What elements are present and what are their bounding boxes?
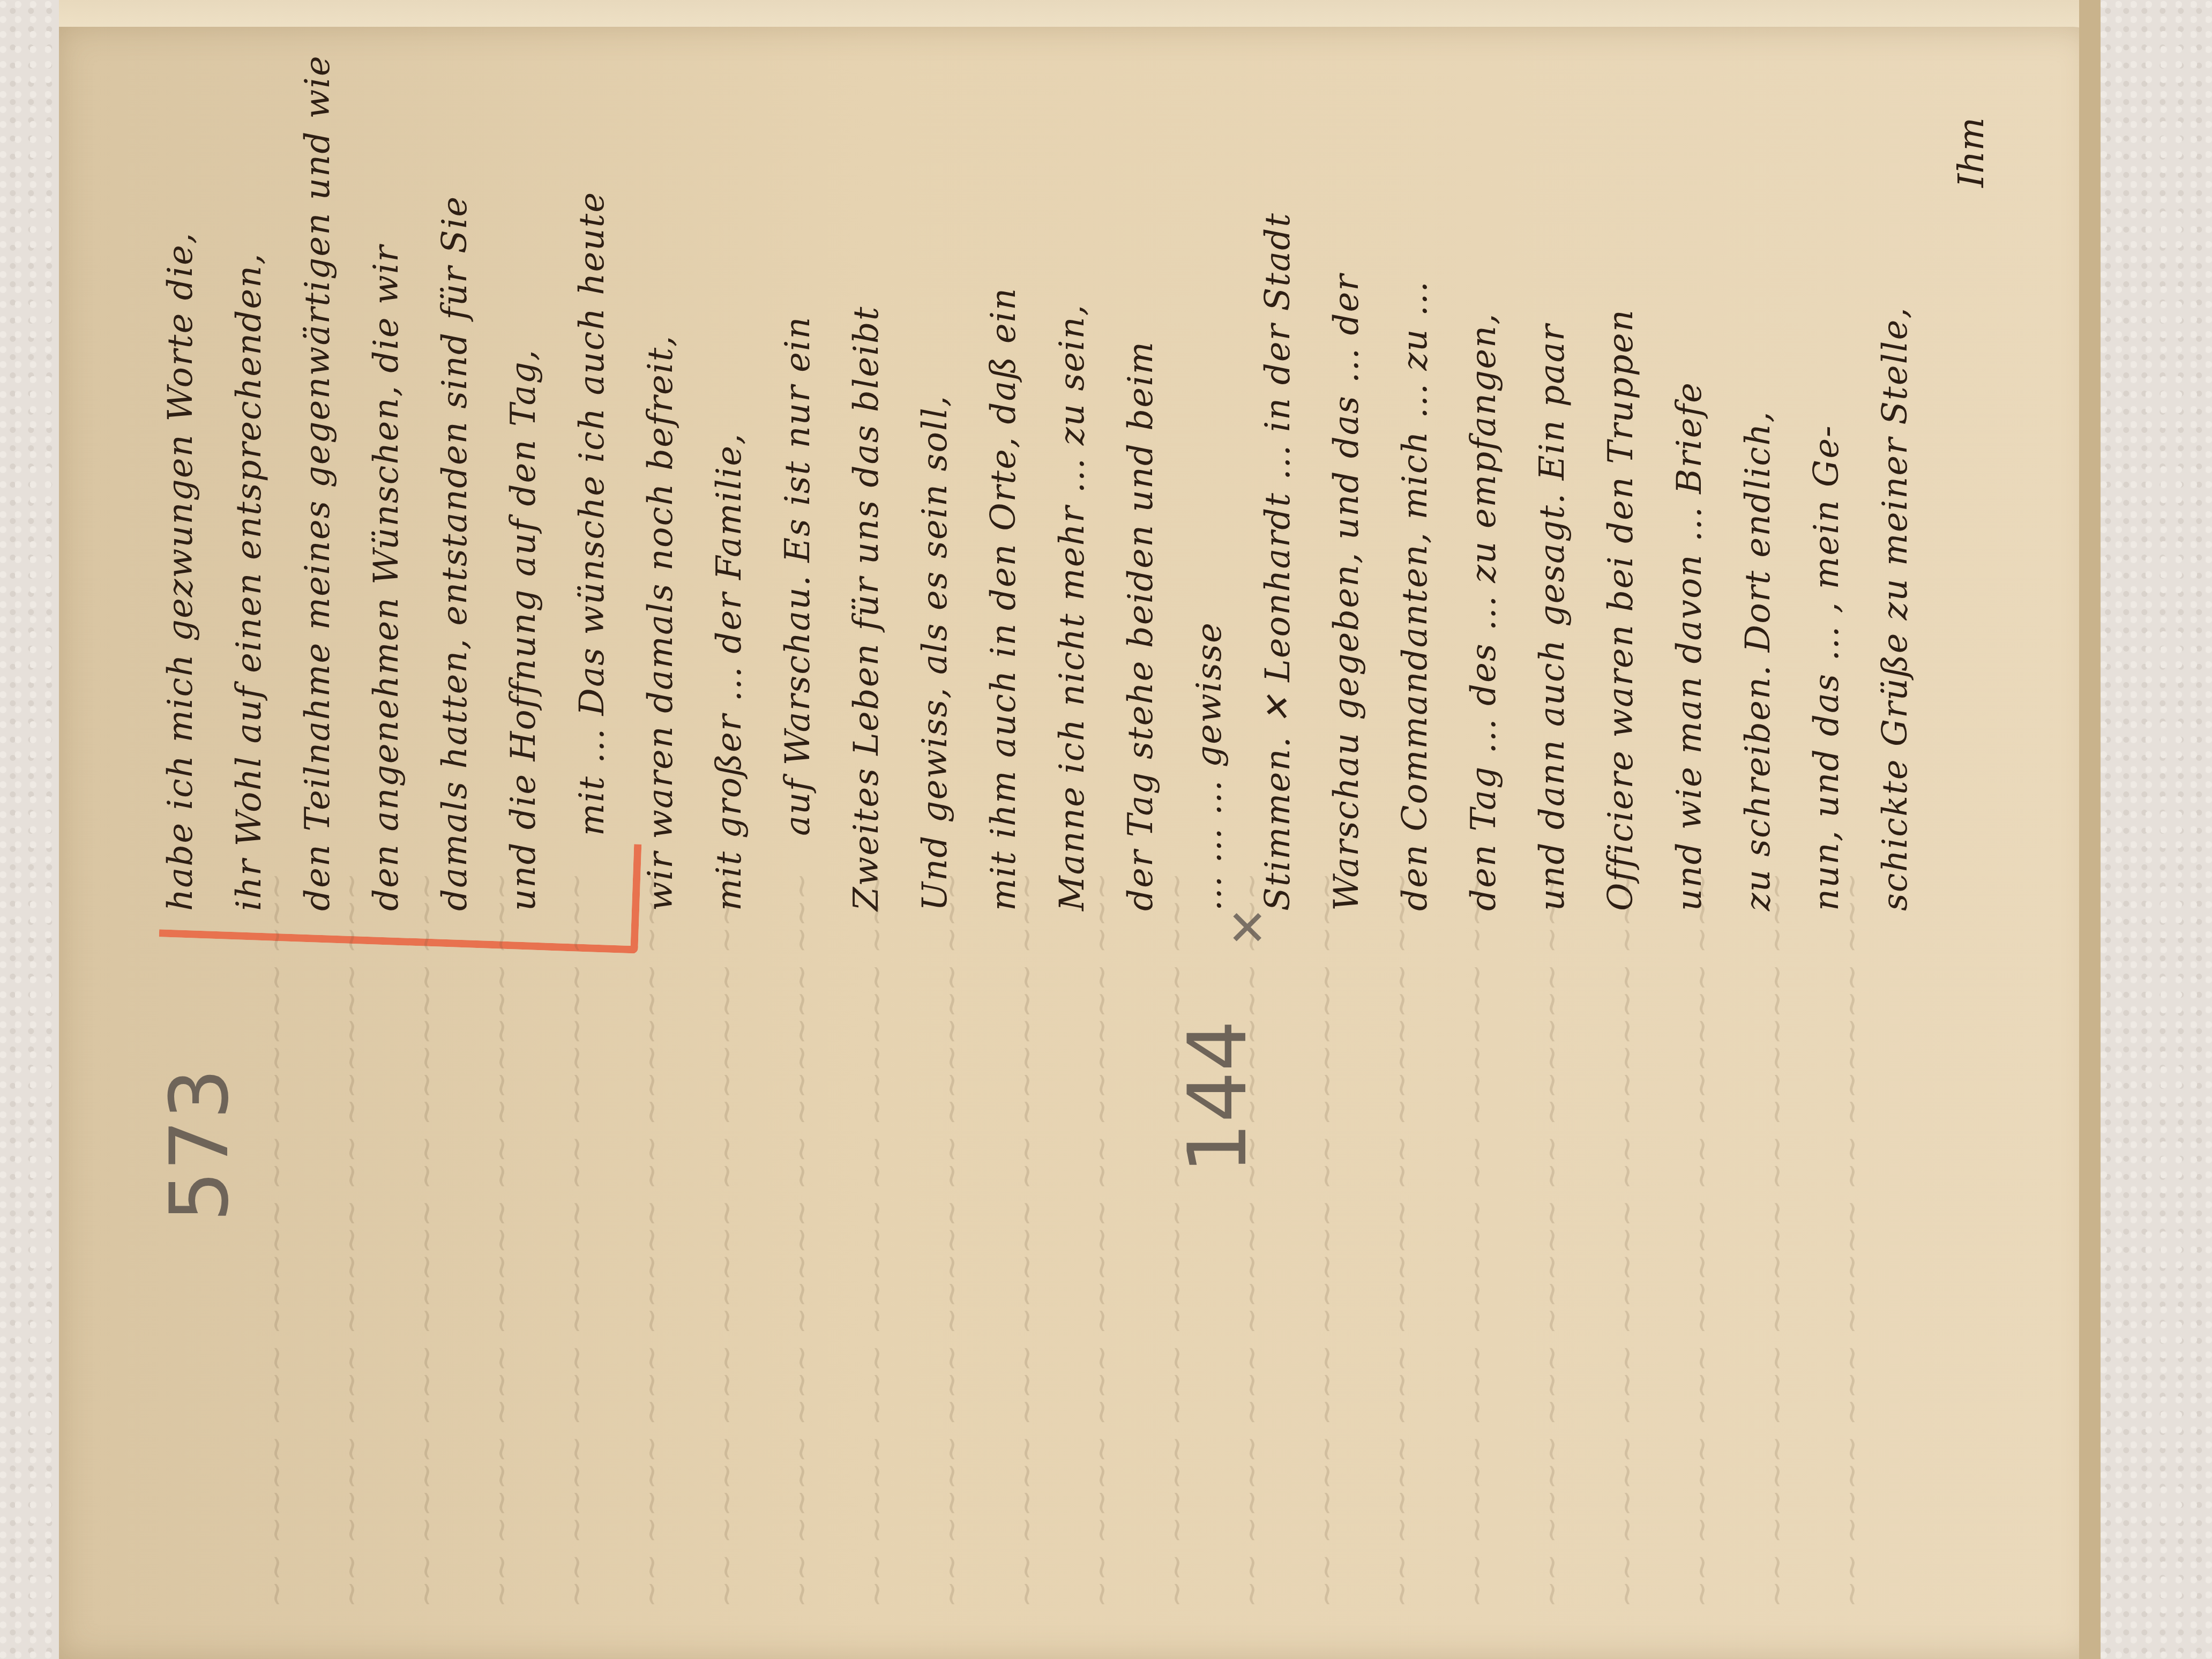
bleed-through-line: ~~ ~~~~ ~~~ ~~~~~ ~~ ~~~~~~ ~~~ [1683,873,1720,1608]
manuscript-line: Manne ich nicht mehr ... zu sein, [1052,304,1092,911]
manuscript-line: mit ... Das wünsche ich auch heute [572,191,612,836]
bleed-through-line: ~~ ~~~~ ~~~ ~~~~~ ~~ ~~~~~~ ~~~ [707,873,745,1608]
bleed-through-line: ~~ ~~~~ ~~~ ~~~~~ ~~ ~~~~~~ ~~~ [632,873,670,1608]
bleed-through-line: ~~ ~~~~ ~~~ ~~~~~ ~~ ~~~~~~ ~~~ [1382,873,1420,1608]
bleed-through-line: ~~ ~~~~ ~~~ ~~~~~ ~~ ~~~~~~ ~~~ [332,873,370,1608]
bleed-through-line: ~~ ~~~~ ~~~ ~~~~~ ~~ ~~~~~~ ~~~ [557,873,595,1608]
manuscript-line: damals hatten, entstanden sind für Sie [435,196,475,911]
bleed-through-line: ~~ ~~~~ ~~~ ~~~~~ ~~ ~~~~~~ ~~~ [1232,873,1270,1608]
manuscript-line: und die Hoffnung auf den Tag, [504,349,543,911]
bleed-through-line: ~~ ~~~~ ~~~ ~~~~~ ~~ ~~~~~~ ~~~ [857,873,895,1608]
manuscript-line: habe ich mich gezwungen Worte die, [161,232,200,911]
bleed-through-line: ~~ ~~~~ ~~~ ~~~~~ ~~ ~~~~~~ ~~~ [407,873,445,1608]
bleed-through-line: ~~ ~~~~ ~~~ ~~~~~ ~~ ~~~~~~ ~~~ [1458,873,1495,1608]
manuscript-line: ... ... ... gewisse [1190,622,1229,911]
manuscript-line: und wie man davon ... Briefe [1670,382,1709,911]
bleed-through-line: ~~ ~~~~ ~~~ ~~~~~ ~~ ~~~~~~ ~~~ [1608,873,1645,1608]
bleed-through-line: ~~ ~~~~ ~~~ ~~~~~ ~~ ~~~~~~ ~~~ [1307,873,1345,1608]
bleed-through-line: ~~ ~~~~ ~~~ ~~~~~ ~~ ~~~~~~ ~~~ [782,873,820,1608]
manuscript-line: Und gewiss, als es sein soll, [915,395,955,911]
manuscript-line: Stimmen. ✕ Leonhardt ... in der Stadt [1258,212,1298,911]
manuscript-line: den Teilnahme meines gegenwärtigen und w… [298,55,338,911]
folio-number-573: 573 [153,1068,246,1222]
bleed-through-line: ~~ ~~~~ ~~~ ~~~~~ ~~ ~~~~~~ ~~~ [257,873,295,1608]
book-binding-edge [2079,0,2101,1659]
bleed-through-line: ~~ ~~~~ ~~~ ~~~~~ ~~ ~~~~~~ ~~~ [1007,873,1045,1608]
manuscript-line: zu schreiben. Dort endlich, [1738,410,1778,911]
manuscript-line: den angenehmen Wünschen, die wir [367,244,406,911]
manuscript-line: schickte Grüße zu meiner Stelle, [1875,307,1915,911]
manuscript-line: Warschau gegeben, und das ... der [1327,273,1366,911]
manuscript-line: und dann auch gesagt. Ein paar [1533,324,1572,911]
manuscript-line: Zweites Leben für uns das bleibt [847,306,886,911]
bleed-through-line: ~~ ~~~~ ~~~ ~~~~~ ~~ ~~~~~~ ~~~ [1833,873,1870,1608]
bleed-through-line: ~~ ~~~~ ~~~ ~~~~~ ~~ ~~~~~~ ~~~ [932,873,970,1608]
bleed-through-line: ~~ ~~~~ ~~~ ~~~~~ ~~ ~~~~~~ ~~~ [482,873,520,1608]
manuscript-line: der Tag stehe beiden und beim [1121,341,1161,911]
manuscript-line: auf Warschau. Es ist nur ein [778,316,818,836]
manuscript-line: mit großer ... der Familie, [709,432,749,911]
manuscript-line: nun, und das ... , mein Ge- [1807,424,1847,911]
bleed-through-line: ~~ ~~~~ ~~~ ~~~~~ ~~ ~~~~~~ ~~~ [1533,873,1570,1608]
manuscript-line: den Tag ... des ... zu empfangen, [1464,312,1504,911]
catchword: Ihm [1951,117,1992,188]
bleed-through-line: ~~ ~~~~ ~~~ ~~~~~ ~~ ~~~~~~ ~~~ [1157,873,1195,1608]
manuscript-line: ihr Wohl auf einen entsprechenden, [229,252,269,911]
bleed-through-line: ~~ ~~~~ ~~~ ~~~~~ ~~ ~~~~~~ ~~~ [1082,873,1120,1608]
manuscript-line: wir waren damals noch befreit, [641,335,681,911]
manuscript-line: Officiere waren bei den Truppen [1601,309,1641,911]
manuscript-line: den Commandanten, mich ... zu ... [1395,280,1435,911]
bleed-through-line: ~~ ~~~~ ~~~ ~~~~~ ~~ ~~~~~~ ~~~ [1758,873,1795,1608]
manuscript-line: mit ihm auch in den Orte, daß ein [984,287,1023,911]
